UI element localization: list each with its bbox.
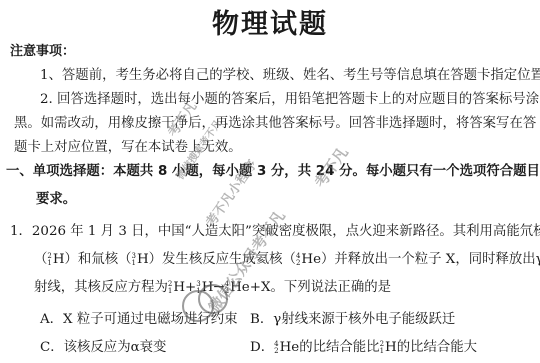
text: H）发生核反应生成氦核（ — [137, 252, 296, 267]
page-title: 物理试题 — [0, 2, 540, 41]
isotope-h3: 31 — [132, 253, 136, 267]
isotope-he4: 42 — [274, 341, 278, 355]
notice-2-end: 题卡上对应位置，写在本试卷上无效。 — [14, 140, 242, 156]
question-1-stem: 1．2026 年 1 月 3 日，中国“人造太阳”突破密度极限，点火迎来新路径。… — [10, 224, 540, 240]
notice-heading: 注意事项： — [10, 44, 75, 60]
notice-2: 2. 回答选择题时，选出每小题的答案后，用铅笔把答题卡上的对应题目的答案标号涂 — [40, 92, 539, 108]
text: H的比结合能大 — [385, 340, 477, 355]
question-1-stem-line2: （21H）和氚核（31H）发生核反应生成氦核（42He）并释放出一个粒子 X，同… — [34, 252, 540, 268]
isotope-he4: 42 — [296, 253, 300, 267]
text: He）并释放出一个粒子 X，同时释放出γ — [301, 252, 540, 267]
option-d: D．42He的比结合能比21H的比结合能大 — [250, 340, 477, 356]
text: He的比结合能比 — [280, 340, 380, 355]
text: 射线，其核反应方程为 — [34, 280, 168, 295]
notice-2-cont: 黑。如需改动，用橡皮擦干净后，再选涂其他答案标号。回答非选择题时，将答案写在答 — [14, 116, 536, 132]
isotope-h2: 21 — [380, 341, 384, 355]
wechat-logo-icon — [198, 284, 228, 314]
section-heading: 一、单项选择题：本题共 8 小题，每小题 3 分，共 24 分。每小题只有一个选… — [6, 164, 540, 180]
isotope-h2: 21 — [47, 253, 51, 267]
isotope-h2: 21 — [168, 281, 172, 295]
section-heading-cont: 要求。 — [36, 192, 76, 208]
notice-1: 1、答题前，考生务必将自己的学校、班级、姓名、考生号等信息填在答题卡指定位置。 — [40, 68, 540, 84]
text: （ — [34, 252, 47, 267]
text: H）和氚核（ — [53, 252, 132, 267]
text: He+X。下列说法正确的是 — [230, 280, 391, 295]
option-b: B．γ射线来源于核外电子能级跃迁 — [250, 312, 455, 328]
option-c: C．该核反应为α衰变 — [40, 340, 166, 356]
text: D． — [250, 340, 274, 355]
